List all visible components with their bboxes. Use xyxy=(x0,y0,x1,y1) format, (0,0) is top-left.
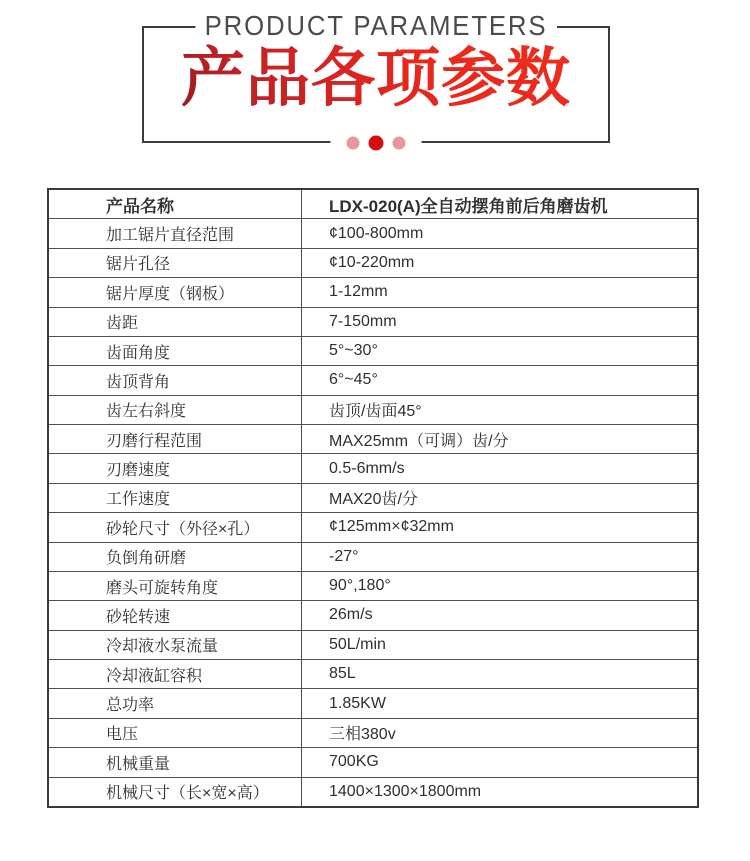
table-row: 刃磨速度0.5-6mm/s xyxy=(49,453,697,482)
table-row: 负倒角研磨-27° xyxy=(49,542,697,571)
param-value-cell: 26m/s xyxy=(301,601,697,629)
param-label-cell: 齿左右斜度 xyxy=(49,396,301,424)
table-row: 齿左右斜度齿顶/齿面45° xyxy=(49,395,697,424)
param-value-cell: 700KG xyxy=(301,748,697,776)
param-value-cell: 90°,180° xyxy=(301,572,697,600)
param-label-cell: 齿距 xyxy=(49,308,301,336)
table-row: 磨头可旋转角度90°,180° xyxy=(49,571,697,600)
param-value-cell: ¢125mm×¢32mm xyxy=(301,513,697,541)
header-box: PRODUCT PARAMETERS 产品各项参数 xyxy=(142,26,610,143)
param-label-cell: 加工锯片直径范围 xyxy=(49,219,301,247)
divider-dots xyxy=(331,136,422,151)
param-label-cell: 锯片孔径 xyxy=(49,249,301,277)
param-label-cell: 产品名称 xyxy=(49,190,301,218)
table-row: 锯片厚度（钢板）1-12mm xyxy=(49,277,697,306)
table-row: 齿面角度5°~30° xyxy=(49,336,697,365)
spec-table: 产品名称LDX-020(A)全自动摆角前后角磨齿机加工锯片直径范围¢100-80… xyxy=(47,188,699,808)
param-label-cell: 机械尺寸（长×宽×高） xyxy=(49,778,301,806)
param-value-cell: LDX-020(A)全自动摆角前后角磨齿机 xyxy=(301,190,697,218)
table-row: 刃磨行程范围MAX25mm（可调）齿/分 xyxy=(49,424,697,453)
table-row: 电压三相380v xyxy=(49,718,697,747)
param-value-cell: 50L/min xyxy=(301,631,697,659)
table-row: 冷却液缸容积85L xyxy=(49,659,697,688)
param-value-cell: MAX20齿/分 xyxy=(301,484,697,512)
param-label-cell: 锯片厚度（钢板） xyxy=(49,278,301,306)
table-row: 工作速度MAX20齿/分 xyxy=(49,483,697,512)
param-value-cell: 5°~30° xyxy=(301,337,697,365)
table-row: 砂轮尺寸（外径×孔）¢125mm×¢32mm xyxy=(49,512,697,541)
param-value-cell: 0.5-6mm/s xyxy=(301,454,697,482)
param-label-cell: 负倒角研磨 xyxy=(49,543,301,571)
param-label-cell: 齿顶背角 xyxy=(49,366,301,394)
param-label-cell: 刃磨速度 xyxy=(49,454,301,482)
table-row: 机械尺寸（长×宽×高）1400×1300×1800mm xyxy=(49,777,697,806)
param-label-cell: 总功率 xyxy=(49,689,301,717)
table-row: 锯片孔径¢10-220mm xyxy=(49,248,697,277)
param-value-cell: -27° xyxy=(301,543,697,571)
param-value-cell: 1400×1300×1800mm xyxy=(301,778,697,806)
param-value-cell: 85L xyxy=(301,660,697,688)
page-title-zh: 产品各项参数 xyxy=(144,42,608,114)
param-value-cell: MAX25mm（可调）齿/分 xyxy=(301,425,697,453)
param-value-cell: ¢100-800mm xyxy=(301,219,697,247)
param-value-cell: 1.85KW xyxy=(301,689,697,717)
param-label-cell: 磨头可旋转角度 xyxy=(49,572,301,600)
table-row: 加工锯片直径范围¢100-800mm xyxy=(49,218,697,247)
param-value-cell: 1-12mm xyxy=(301,278,697,306)
param-label-cell: 机械重量 xyxy=(49,748,301,776)
param-label-cell: 电压 xyxy=(49,719,301,747)
param-label-cell: 齿面角度 xyxy=(49,337,301,365)
param-label-cell: 刃磨行程范围 xyxy=(49,425,301,453)
dot-icon xyxy=(347,137,360,150)
table-row: 总功率1.85KW xyxy=(49,688,697,717)
param-value-cell: ¢10-220mm xyxy=(301,249,697,277)
table-row: 砂轮转速26m/s xyxy=(49,600,697,629)
table-header-row: 产品名称LDX-020(A)全自动摆角前后角磨齿机 xyxy=(49,190,697,218)
param-value-cell: 6°~45° xyxy=(301,366,697,394)
param-label-cell: 砂轮尺寸（外径×孔） xyxy=(49,513,301,541)
product-parameters-page: PRODUCT PARAMETERS 产品各项参数 产品名称LDX-020(A)… xyxy=(0,0,750,861)
table-row: 齿距7-150mm xyxy=(49,307,697,336)
param-label-cell: 冷却液缸容积 xyxy=(49,660,301,688)
param-label-cell: 工作速度 xyxy=(49,484,301,512)
dot-icon xyxy=(369,136,384,151)
dot-icon xyxy=(393,137,406,150)
param-label-cell: 冷却液水泵流量 xyxy=(49,631,301,659)
param-label-cell: 砂轮转速 xyxy=(49,601,301,629)
param-value-cell: 三相380v xyxy=(301,719,697,747)
table-row: 齿顶背角6°~45° xyxy=(49,365,697,394)
table-row: 冷却液水泵流量50L/min xyxy=(49,630,697,659)
table-row: 机械重量700KG xyxy=(49,747,697,776)
param-value-cell: 齿顶/齿面45° xyxy=(301,396,697,424)
page-title-en: PRODUCT PARAMETERS xyxy=(195,10,556,42)
param-value-cell: 7-150mm xyxy=(301,308,697,336)
